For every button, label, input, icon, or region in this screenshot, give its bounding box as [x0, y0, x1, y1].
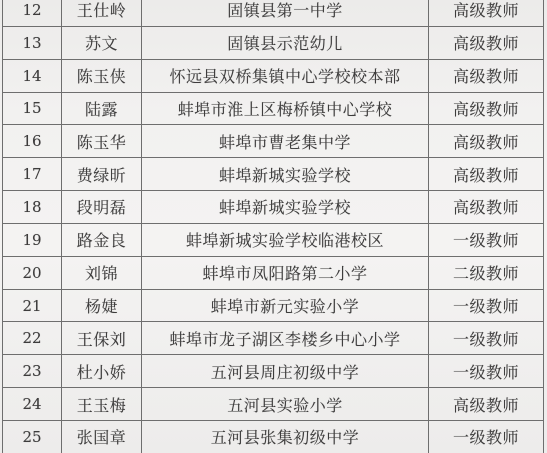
cell-teacher-name: 杜小娇: [62, 355, 142, 388]
cell-teacher-name: 段明磊: [62, 191, 142, 224]
cell-row-number: 25: [3, 420, 62, 453]
cell-row-number: 20: [3, 256, 62, 289]
cell-row-number: 18: [3, 191, 62, 224]
cell-school-name: 蚌埠新城实验学校临港校区: [142, 223, 429, 256]
cell-school-name: 蚌埠市凤阳路第二小学: [142, 256, 429, 289]
document-photo: 12 王仕岭 固镇县第一中学 高级教师 13 苏文 固镇县示范幼儿 高级教师 1…: [0, 0, 547, 453]
cell-school-name: 蚌埠市龙子湖区李楼乡中心小学: [142, 322, 429, 355]
table-row: 24 王玉梅 五河县实验小学 高级教师: [3, 388, 544, 421]
table-row: 15 陆露 蚌埠市淮上区梅桥镇中心学校 高级教师: [3, 92, 544, 125]
cell-school-name: 五河县周庄初级中学: [142, 355, 429, 388]
cell-teacher-name: 王仕岭: [62, 0, 142, 26]
cell-job-title: 一级教师: [429, 223, 544, 256]
cell-row-number: 16: [3, 125, 62, 158]
cell-school-name: 固镇县示范幼儿: [142, 26, 429, 59]
cell-teacher-name: 王玉梅: [62, 388, 142, 421]
table-row: 18 段明磊 蚌埠新城实验学校 高级教师: [3, 191, 544, 224]
table-row: 19 路金良 蚌埠新城实验学校临港校区 一级教师: [3, 223, 544, 256]
cell-school-name: 五河县张集初级中学: [142, 420, 429, 453]
table-row: 13 苏文 固镇县示范幼儿 高级教师: [3, 26, 544, 59]
cell-school-name: 蚌埠市曹老集中学: [142, 125, 429, 158]
cell-job-title: 高级教师: [429, 158, 544, 191]
cell-teacher-name: 陈玉华: [62, 125, 142, 158]
cell-row-number: 12: [3, 0, 62, 26]
cell-row-number: 13: [3, 26, 62, 59]
cell-school-name: 蚌埠新城实验学校: [142, 191, 429, 224]
cell-school-name: 五河县实验小学: [142, 388, 429, 421]
cell-row-number: 22: [3, 322, 62, 355]
cell-row-number: 19: [3, 223, 62, 256]
table-row: 23 杜小娇 五河县周庄初级中学 一级教师: [3, 355, 544, 388]
cell-teacher-name: 陆露: [62, 92, 142, 125]
cell-row-number: 17: [3, 158, 62, 191]
cell-teacher-name: 苏文: [62, 26, 142, 59]
cell-row-number: 15: [3, 92, 62, 125]
cell-school-name: 蚌埠市淮上区梅桥镇中心学校: [142, 92, 429, 125]
cell-row-number: 23: [3, 355, 62, 388]
cell-job-title: 高级教师: [429, 0, 544, 26]
table-row: 17 费绿昕 蚌埠新城实验学校 高级教师: [3, 158, 544, 191]
cell-school-name: 固镇县第一中学: [142, 0, 429, 26]
cell-job-title: 一级教师: [429, 322, 544, 355]
cell-school-name: 蚌埠市新元实验小学: [142, 289, 429, 322]
cell-job-title: 一级教师: [429, 420, 544, 453]
cell-teacher-name: 刘锦: [62, 256, 142, 289]
cell-teacher-name: 陈玉侠: [62, 59, 142, 92]
cell-job-title: 高级教师: [429, 125, 544, 158]
cell-job-title: 高级教师: [429, 191, 544, 224]
cell-teacher-name: 王保刘: [62, 322, 142, 355]
table-row: 12 王仕岭 固镇县第一中学 高级教师: [3, 0, 544, 26]
cell-teacher-name: 张国章: [62, 420, 142, 453]
cell-row-number: 24: [3, 388, 62, 421]
cell-job-title: 一级教师: [429, 355, 544, 388]
cell-teacher-name: 路金良: [62, 223, 142, 256]
cell-school-name: 怀远县双桥集镇中心学校校本部: [142, 59, 429, 92]
cell-job-title: 高级教师: [429, 26, 544, 59]
cell-job-title: 高级教师: [429, 59, 544, 92]
table-row: 16 陈玉华 蚌埠市曹老集中学 高级教师: [3, 125, 544, 158]
table-row: 22 王保刘 蚌埠市龙子湖区李楼乡中心小学 一级教师: [3, 322, 544, 355]
table-row: 20 刘锦 蚌埠市凤阳路第二小学 二级教师: [3, 256, 544, 289]
table-row: 25 张国章 五河县张集初级中学 一级教师: [3, 420, 544, 453]
teacher-table-body: 12 王仕岭 固镇县第一中学 高级教师 13 苏文 固镇县示范幼儿 高级教师 1…: [3, 0, 544, 453]
cell-row-number: 14: [3, 59, 62, 92]
cell-job-title: 高级教师: [429, 92, 544, 125]
cell-school-name: 蚌埠新城实验学校: [142, 158, 429, 191]
table-row: 14 陈玉侠 怀远县双桥集镇中心学校校本部 高级教师: [3, 59, 544, 92]
cell-job-title: 高级教师: [429, 388, 544, 421]
teacher-roster-table: 12 王仕岭 固镇县第一中学 高级教师 13 苏文 固镇县示范幼儿 高级教师 1…: [2, 0, 544, 453]
cell-job-title: 二级教师: [429, 256, 544, 289]
cell-job-title: 一级教师: [429, 289, 544, 322]
table-row: 21 杨婕 蚌埠市新元实验小学 一级教师: [3, 289, 544, 322]
cell-teacher-name: 杨婕: [62, 289, 142, 322]
cell-teacher-name: 费绿昕: [62, 158, 142, 191]
cell-row-number: 21: [3, 289, 62, 322]
